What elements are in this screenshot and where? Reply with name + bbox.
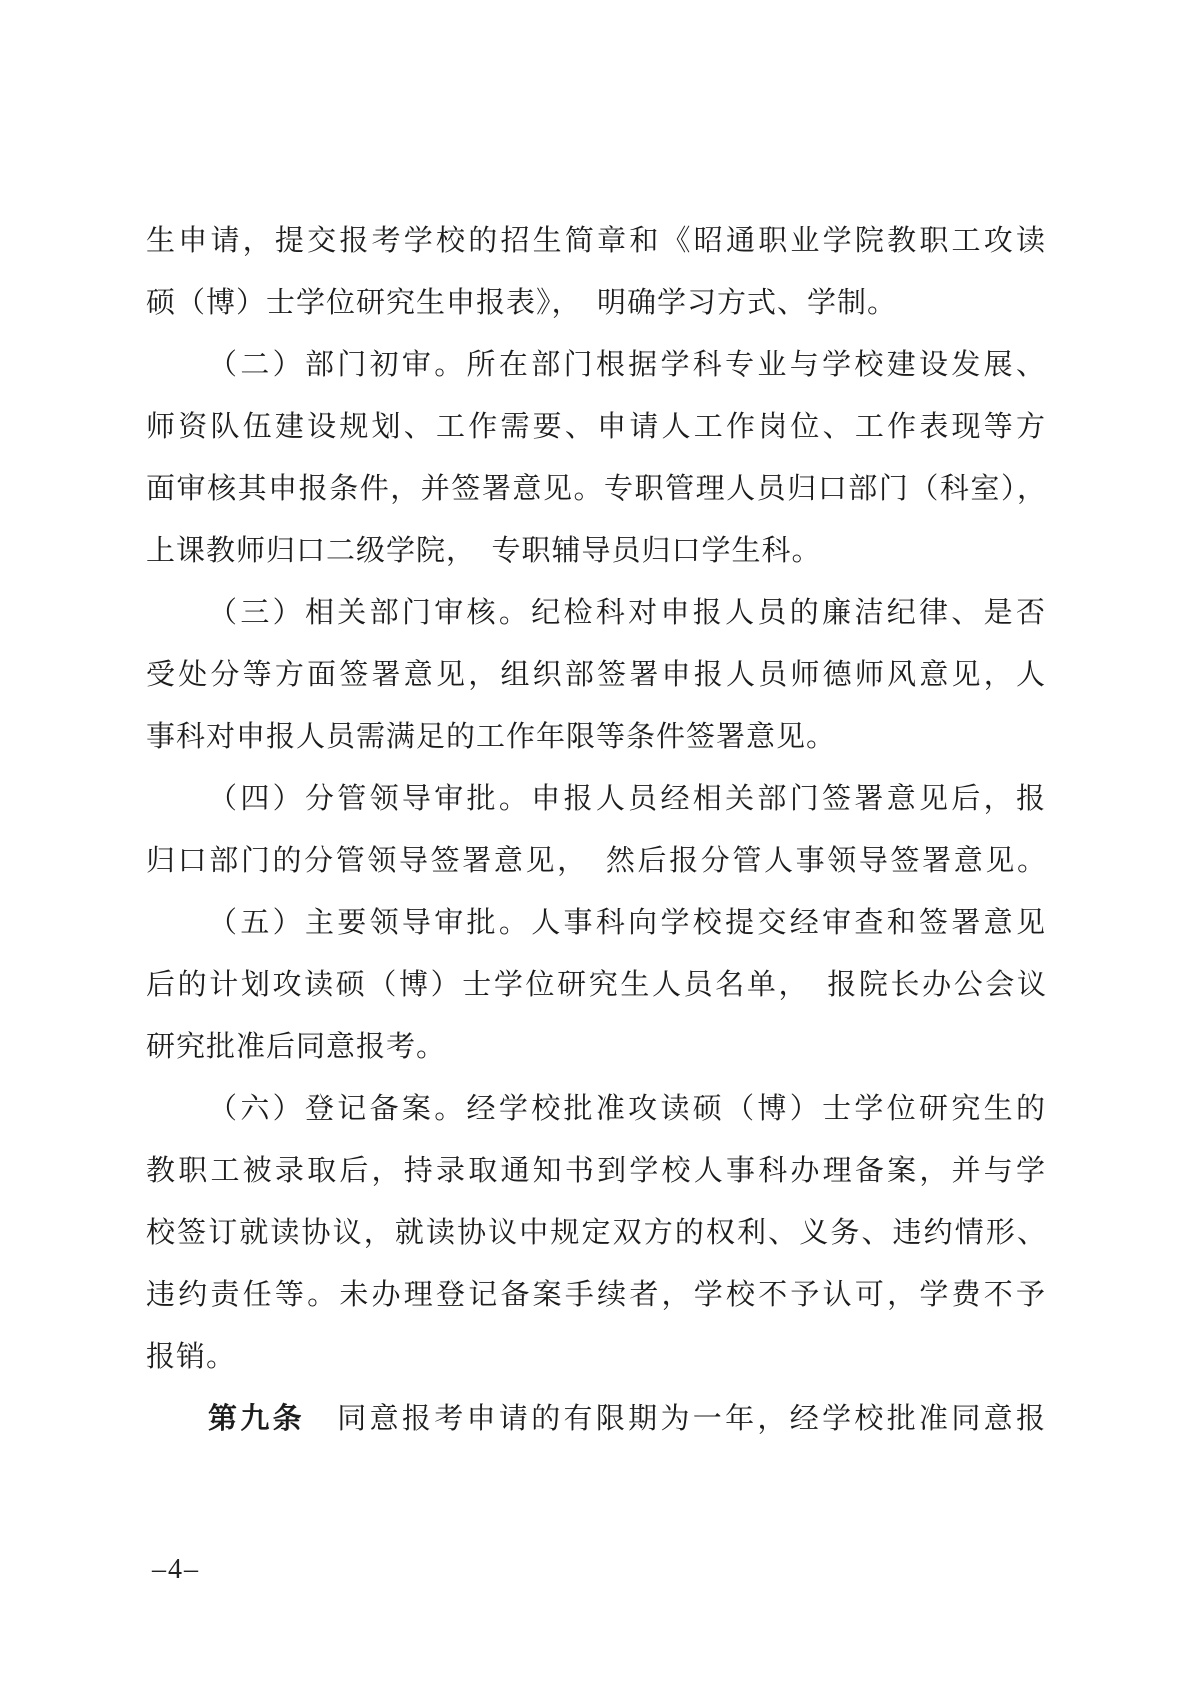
- text-line: 上课教师归口二级学院， 专职辅导员归口学生科。: [146, 520, 1046, 582]
- text-line: （五）主要领导审批。人事科向学校提交经审查和签署意见: [146, 892, 1046, 954]
- text-line: 后的计划攻读硕（博）士学位研究生人员名单， 报院长办公会议: [146, 954, 1046, 1016]
- text-line: 教职工被录取后，持录取通知书到学校人事科办理备案，并与学: [146, 1140, 1046, 1202]
- page-number: –4–: [152, 1552, 200, 1588]
- text-line: （二）部门初审。所在部门根据学科专业与学校建设发展、: [146, 334, 1046, 396]
- text-line: 违约责任等。未办理登记备案手续者，学校不予认可，学费不予: [146, 1264, 1046, 1326]
- text-line: 校签订就读协议，就读协议中规定双方的权利、义务、违约情形、: [146, 1202, 1046, 1264]
- text-line: 归口部门的分管领导签署意见， 然后报分管人事领导签署意见。: [146, 830, 1046, 892]
- document-body: 生申请，提交报考学校的招生简章和《昭通职业学院教职工攻读硕（博）士学位研究生申报…: [146, 210, 1046, 1450]
- document-page: 生申请，提交报考学校的招生简章和《昭通职业学院教职工攻读硕（博）士学位研究生申报…: [0, 0, 1191, 1684]
- text-line: （三）相关部门审核。纪检科对申报人员的廉洁纪律、是否: [146, 582, 1046, 644]
- text-line: 报销。: [146, 1326, 1046, 1388]
- text-line: 生申请，提交报考学校的招生简章和《昭通职业学院教职工攻读: [146, 210, 1046, 272]
- text-line: 受处分等方面签署意见，组织部签署申报人员师德师风意见，人: [146, 644, 1046, 706]
- text-line: （六）登记备案。经学校批准攻读硕（博）士学位研究生的: [146, 1078, 1046, 1140]
- text-line: 事科对申报人员需满足的工作年限等条件签署意见。: [146, 706, 1046, 768]
- text-line: （四）分管领导审批。申报人员经相关部门签署意见后，报: [146, 768, 1046, 830]
- text-line: 硕（博）士学位研究生申报表》， 明确学习方式、学制。: [146, 272, 1046, 334]
- text-line: 师资队伍建设规划、工作需要、申请人工作岗位、工作表现等方: [146, 396, 1046, 458]
- text-line: 研究批准后同意报考。: [146, 1016, 1046, 1078]
- article-heading-line: 第九条 同意报考申请的有限期为一年，经学校批准同意报: [146, 1388, 1046, 1450]
- article-number: 第九条: [208, 1403, 305, 1435]
- text-line: 面审核其申报条件，并签署意见。专职管理人员归口部门（科室），: [146, 458, 1046, 520]
